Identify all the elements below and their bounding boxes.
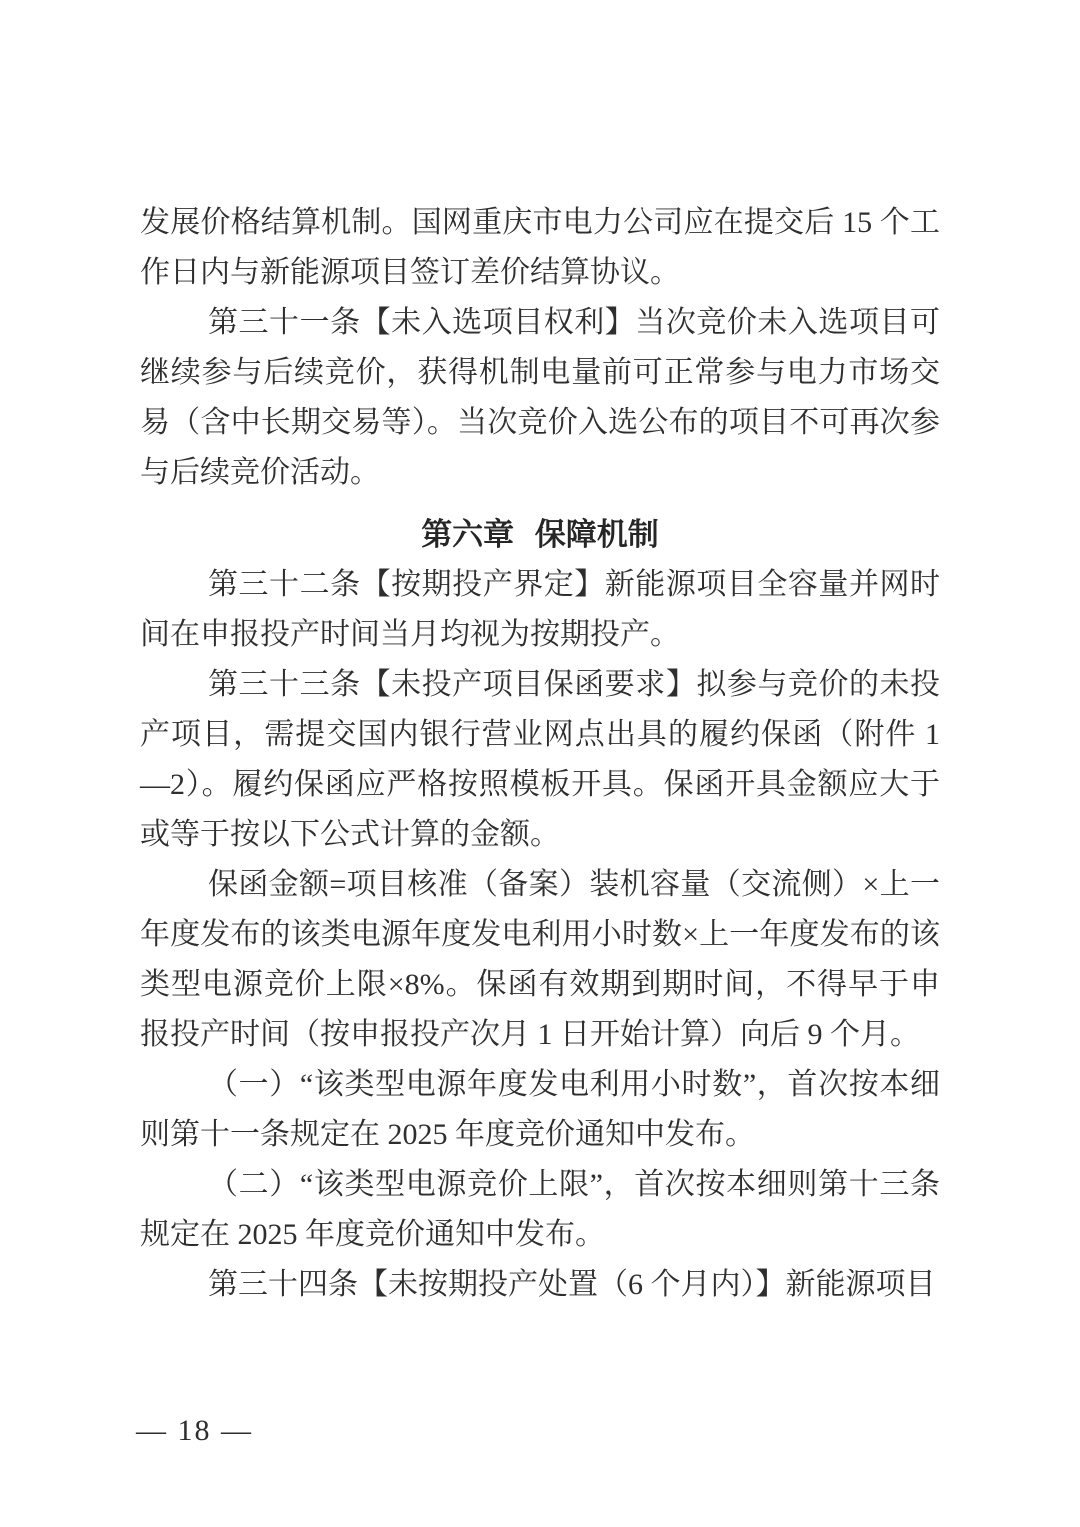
paragraph-item-1: （一）“该类型电源年度发电利用小时数”，首次按本细则第十一条规定在 2025 年… — [140, 1060, 940, 1160]
paragraph-guarantee-formula: 保函金额=项目核准（备案）装机容量（交流侧）×上一年度发布的该类电源年度发电利用… — [140, 860, 940, 1060]
paragraph-item-2: （二）“该类型电源竞价上限”，首次按本细则第十三条规定在 2025 年度竞价通知… — [140, 1160, 940, 1260]
paragraph-article-32: 第三十二条【按期投产界定】新能源项目全容量并网时间在申报投产时间当月均视为按期投… — [140, 560, 940, 660]
document-body: 发展价格结算机制。国网重庆市电力公司应在提交后 15 个工作日内与新能源项目签订… — [140, 198, 940, 1310]
paragraph-article-31: 第三十一条【未入选项目权利】当次竞价未入选项目可继续参与后续竞价，获得机制电量前… — [140, 298, 940, 498]
page-footer: — 18 — — [136, 1414, 253, 1448]
paragraph-article-33: 第三十三条【未投产项目保函要求】拟参与竞价的未投产项目，需提交国内银行营业网点出… — [140, 660, 940, 860]
chapter-heading: 第六章 保障机制 — [140, 510, 940, 560]
paragraph-continuation: 发展价格结算机制。国网重庆市电力公司应在提交后 15 个工作日内与新能源项目签订… — [140, 198, 940, 298]
document-page: 发展价格结算机制。国网重庆市电力公司应在提交后 15 个工作日内与新能源项目签订… — [0, 0, 1080, 1527]
paragraph-article-34: 第三十四条【未按期投产处置（6 个月内）】新能源项目 — [140, 1260, 940, 1310]
